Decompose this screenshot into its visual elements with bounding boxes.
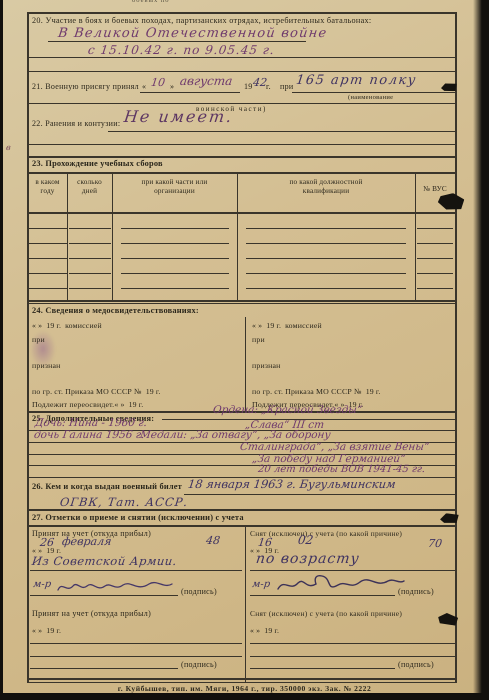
table-row-line [121,243,229,244]
rule [250,656,455,657]
section21-caption1: (наименование [348,94,393,101]
section25-row-medals: Медали: „За отвагу“, „За оборону [139,429,331,441]
year-printed: 19 [129,400,137,409]
section21-pri: при [280,82,293,91]
accept-signature [56,577,174,597]
po-gr-label: по гр. [32,387,52,396]
podpis-label: (подпись) [398,587,434,596]
frame-bottom-rule [27,678,456,680]
table-row-line [246,258,406,259]
accept-origin-handwriting: Из Советской Армии. [31,554,178,568]
rule [184,494,455,495]
section26-handwriting-line2: ОГВК, Тат. АССР. [59,495,189,509]
section25-row-daughter2: дочь Галина 1956 г. [33,429,145,441]
section25-row-anniversary: 20 лет победы ВОВ 1941-45 гг. [257,464,425,475]
section20-label: 20. Участие в боях и боевых походах, пар… [32,16,372,25]
med-exam-block-right: «»19г.комиссией при признан по гр.ст.При… [252,319,452,413]
section27-title: 27. Отметки о приеме и снятии (исключени… [32,513,244,522]
g-label: г. [56,626,61,635]
rule [28,103,455,104]
table-row-line [417,243,453,244]
table-row-line [246,243,406,244]
table-row-line [69,243,111,244]
table-row-line [417,228,453,229]
rule [30,643,242,644]
quote-close: » [258,321,262,330]
rule [28,509,455,511]
table-row-line [246,228,406,229]
table-header-bottom-rule [28,212,455,214]
rule [292,92,455,93]
table-row-line [28,258,67,259]
rule [30,570,242,571]
table-header-year: в каком году [28,178,67,197]
remove-header: Снят (исключен) с учета (по какой причин… [250,529,402,538]
table-header-qualification: по какой должностной квалификации [237,178,415,197]
rule [108,131,455,132]
accept-date-row-blank: «»19г. [32,626,240,635]
commission-label: комиссией [285,321,322,330]
section20-handwriting-line1: В Великой Отечественной войне [57,26,328,41]
section24-title: 24. Сведения о медосвидетельствованиях: [32,306,199,315]
section25-row-stalingrad: Сталинграда“, „За взятие Вены“ [239,441,430,453]
quote-close: » [256,626,260,635]
table-header-days: сколько дней [67,178,112,197]
table-row-line [69,288,111,289]
frame-right-rule [455,12,457,683]
signature-line [250,668,395,669]
margin-mark: в [5,143,11,152]
section22-value-handwriting: Не имеет. [123,107,235,126]
remove-header: Снят (исключен) с учета (по какой причин… [250,609,402,618]
quote-close: » [38,321,42,330]
section22-label: 22. Ранения и контузии: [32,119,120,128]
quote-open: « [32,626,36,635]
priznan-label: признан [252,361,281,370]
year-printed: 19 [46,321,54,330]
table-row-line [121,288,229,289]
podpis-label: (подпись) [181,587,217,596]
pereosvidet-label: Подлежит переосвидет. [32,400,114,409]
quote-close: » [170,82,174,91]
podpis-label: (подпись) [181,660,217,669]
table-row-line [28,228,67,229]
frame-top-rule [27,12,455,14]
table-row-line [417,288,453,289]
remove-signature [276,572,406,596]
rule [48,41,306,42]
photo-edge-left [0,0,3,700]
section20-handwriting-line2: с 15.10.42 г. по 9.05.45 г. [87,43,275,57]
section24-divider [245,317,246,413]
section21-unit-handwriting: 165 арт полку [295,73,418,88]
rule [28,71,455,72]
section21-month-handwriting: августа [179,74,233,88]
g-label: г. [274,626,279,635]
med-exam-block-left: «»19г.комиссией при признан по гр.ст.При… [32,319,242,413]
table-row-line [417,258,453,259]
podpis-label: (подпись) [398,660,434,669]
table-row-line [28,243,67,244]
year-printed: 19 [366,387,374,396]
remove-day-handwriting: 16 [257,536,273,549]
table-row-line [69,258,111,259]
quote-open: « [250,626,254,635]
po-gr-label: по гр. [252,387,272,396]
year-printed: 19 [46,626,54,635]
ink-blot [437,192,465,212]
remove-date-row-blank: «»19г. [250,626,453,635]
rule [28,144,455,145]
quote-open: « [142,82,146,91]
print-shop-imprint: г. Куйбышев, тип. им. Мяги, 1964 г., тир… [0,684,489,693]
year-printed: 19 [264,626,272,635]
table-row-line [121,258,229,259]
quote-open: « [250,546,254,555]
accept-year-handwriting: 48 [205,534,221,547]
remove-reason-handwriting: по возрасту [255,551,361,567]
year-printed: 19 [266,321,274,330]
st-label: ст. [54,387,63,396]
g-label: г. [139,400,144,409]
frame-left-rule [27,12,29,683]
rule [28,303,455,304]
priznan-label: признан [32,361,61,370]
rule [250,570,455,571]
table-header-unit: при какой части или организации [112,178,237,197]
quote-open: « [114,400,118,409]
section25-row-orders: Ордена: „Красной Звезды“ [212,404,363,416]
quote-close: » [120,400,124,409]
table-bottom-rule [28,300,455,302]
table-row-line [28,288,67,289]
table-row-line [246,288,406,289]
section23-title: 23. Прохождение учебных сборов [32,159,163,168]
st-label: ст. [274,387,283,396]
section25-row-daughter1: Дочь: Нина - 1960 г. [34,417,147,429]
photo-edge-right [473,0,489,700]
frame-bottom-rule-2 [27,682,456,683]
table-top-rule [28,172,455,174]
table-row-line [246,273,406,274]
section21-label: 21. Военную присягу принял [32,82,139,91]
table-row-line [69,273,111,274]
table-row-line [28,273,67,274]
section21-year-suffix: г. [266,82,271,91]
remove-year-handwriting: 70 [427,537,443,550]
section27-divider [245,525,246,682]
g-label: г. [56,321,61,330]
remove-rank-handwriting: м-р [251,579,270,590]
table-row-line [121,228,229,229]
g-label: г. [276,321,281,330]
section21-year-printed: 19 [244,82,253,91]
rule [28,156,455,158]
signature-line [30,595,178,596]
table-row-line [417,273,453,274]
rule [250,643,455,644]
pri-label: при [32,335,45,344]
section21-day-handwriting: 10 [150,76,166,89]
signature-line [250,595,395,596]
photo-edge-bottom [0,693,489,700]
prikaz-label: Приказа МО СССР № [65,387,142,396]
prikaz-label: Приказа МО СССР № [285,387,362,396]
section26-label: 26. Кем и когда выдан военный билет [32,482,182,491]
quote-open: « [32,321,36,330]
rule [140,92,240,93]
rule [28,57,455,58]
top-page-fragment: боевых по [132,0,170,4]
signature-line [30,668,178,669]
accept-month-handwriting: февраля [61,535,112,548]
table-header-vus: № ВУС [415,185,455,194]
quote-close: » [38,626,42,635]
accept-header: Принят на учет (откуда прибыл) [32,609,151,618]
g-label: г. [376,387,381,396]
rule [30,656,242,657]
quote-open: « [252,321,256,330]
table-row-line [121,273,229,274]
pri-label: при [252,335,265,344]
accept-day-handwriting: 26 [39,536,55,549]
table-row-line [69,228,111,229]
g-label: г. [156,387,161,396]
section26-handwriting-line1: 18 января 1963 г. Бугульминским [187,477,396,491]
rule [28,525,455,527]
year-printed: 19 [146,387,154,396]
commission-label: комиссией [65,321,102,330]
military-id-document-page: боевых по 20. Участие в боях и боевых по… [0,0,489,700]
remove-month-handwriting: 02 [297,533,314,547]
accept-rank-handwriting: м-р [32,579,51,590]
